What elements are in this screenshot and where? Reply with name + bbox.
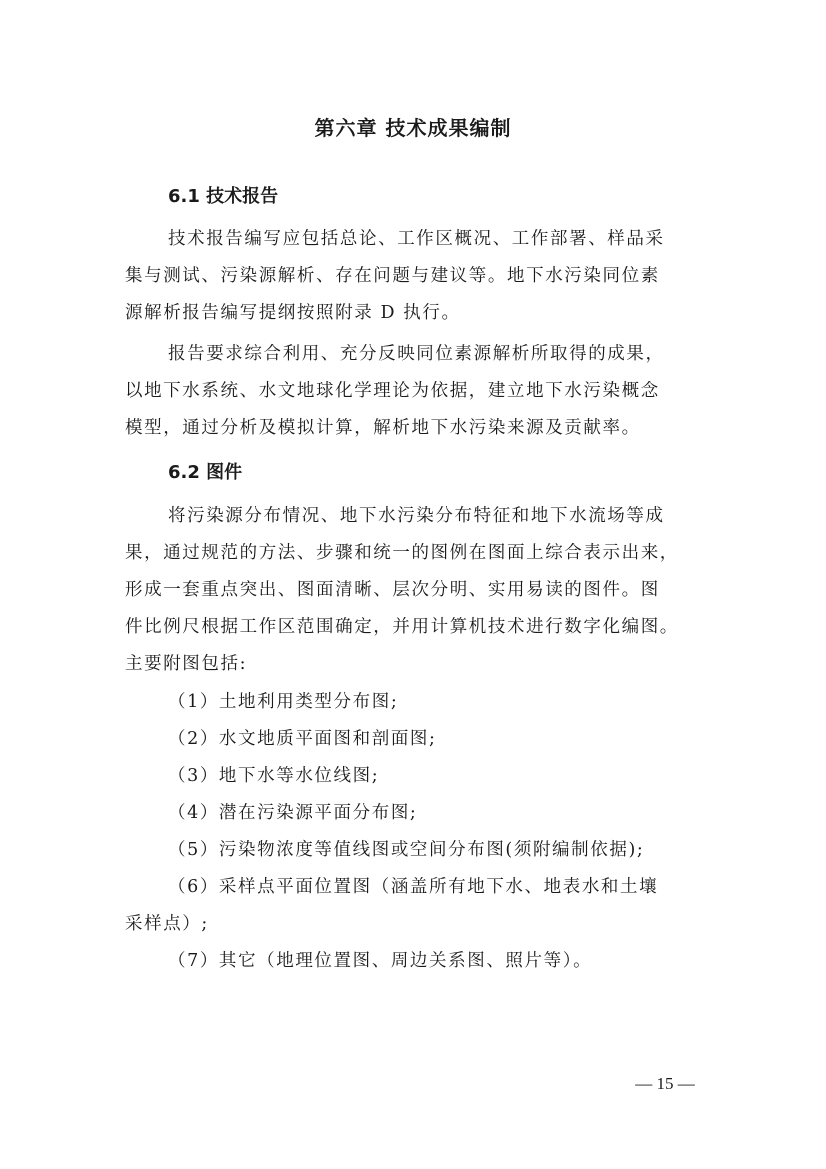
paragraph-line: 模型，通过分析及模拟计算，解析地下水污染来源及贡献率。	[125, 414, 705, 439]
list-item-continuation: 采样点）;	[125, 910, 705, 935]
list-item: （2）水文地质平面图和剖面图;	[168, 725, 748, 750]
paragraph-line: 件比例尺根据工作区范围确定，并用计算机技术进行数字化编图。	[125, 613, 705, 638]
list-item: （4）潜在污染源平面分布图;	[168, 799, 748, 824]
paragraph-line: 技术报告编写应包括总论、工作区概况、工作部署、样品采	[168, 225, 748, 250]
list-item: （7）其它（地理位置图、周边关系图、照片等）。	[168, 947, 748, 972]
list-item: （1）土地利用类型分布图;	[168, 688, 748, 713]
list-item: （5）污染物浓度等值线图或空间分布图(须附编制依据);	[168, 836, 748, 861]
paragraph-line: 主要附图包括:	[125, 650, 705, 675]
paragraph-line: 集与测试、污染源解析、存在问题与建议等。地下水污染同位素	[125, 262, 705, 287]
paragraph-line: 报告要求综合利用、充分反映同位素源解析所取得的成果，	[168, 340, 748, 365]
list-item: （3）地下水等水位线图;	[168, 762, 748, 787]
section-heading-6-2: 6.2 图件	[168, 458, 242, 484]
chapter-title: 第六章 技术成果编制	[0, 112, 826, 141]
list-item: （6）采样点平面位置图（涵盖所有地下水、地表水和土壤	[168, 873, 748, 898]
paragraph-line: 源解析报告编写提纲按照附录 D 执行。	[125, 299, 705, 324]
paragraph-line: 将污染源分布情况、地下水污染分布特征和地下水流场等成	[168, 502, 748, 527]
section-heading-6-1: 6.1 技术报告	[168, 182, 278, 208]
paragraph-line: 形成一套重点突出、图面清晰、层次分明、实用易读的图件。图	[125, 576, 705, 601]
page-number: — 15 —	[620, 1074, 710, 1094]
paragraph-line: 以地下水系统、水文地球化学理论为依据，建立地下水污染概念	[125, 377, 705, 402]
paragraph-line: 果，通过规范的方法、步骤和统一的图例在图面上综合表示出来，	[125, 539, 705, 564]
